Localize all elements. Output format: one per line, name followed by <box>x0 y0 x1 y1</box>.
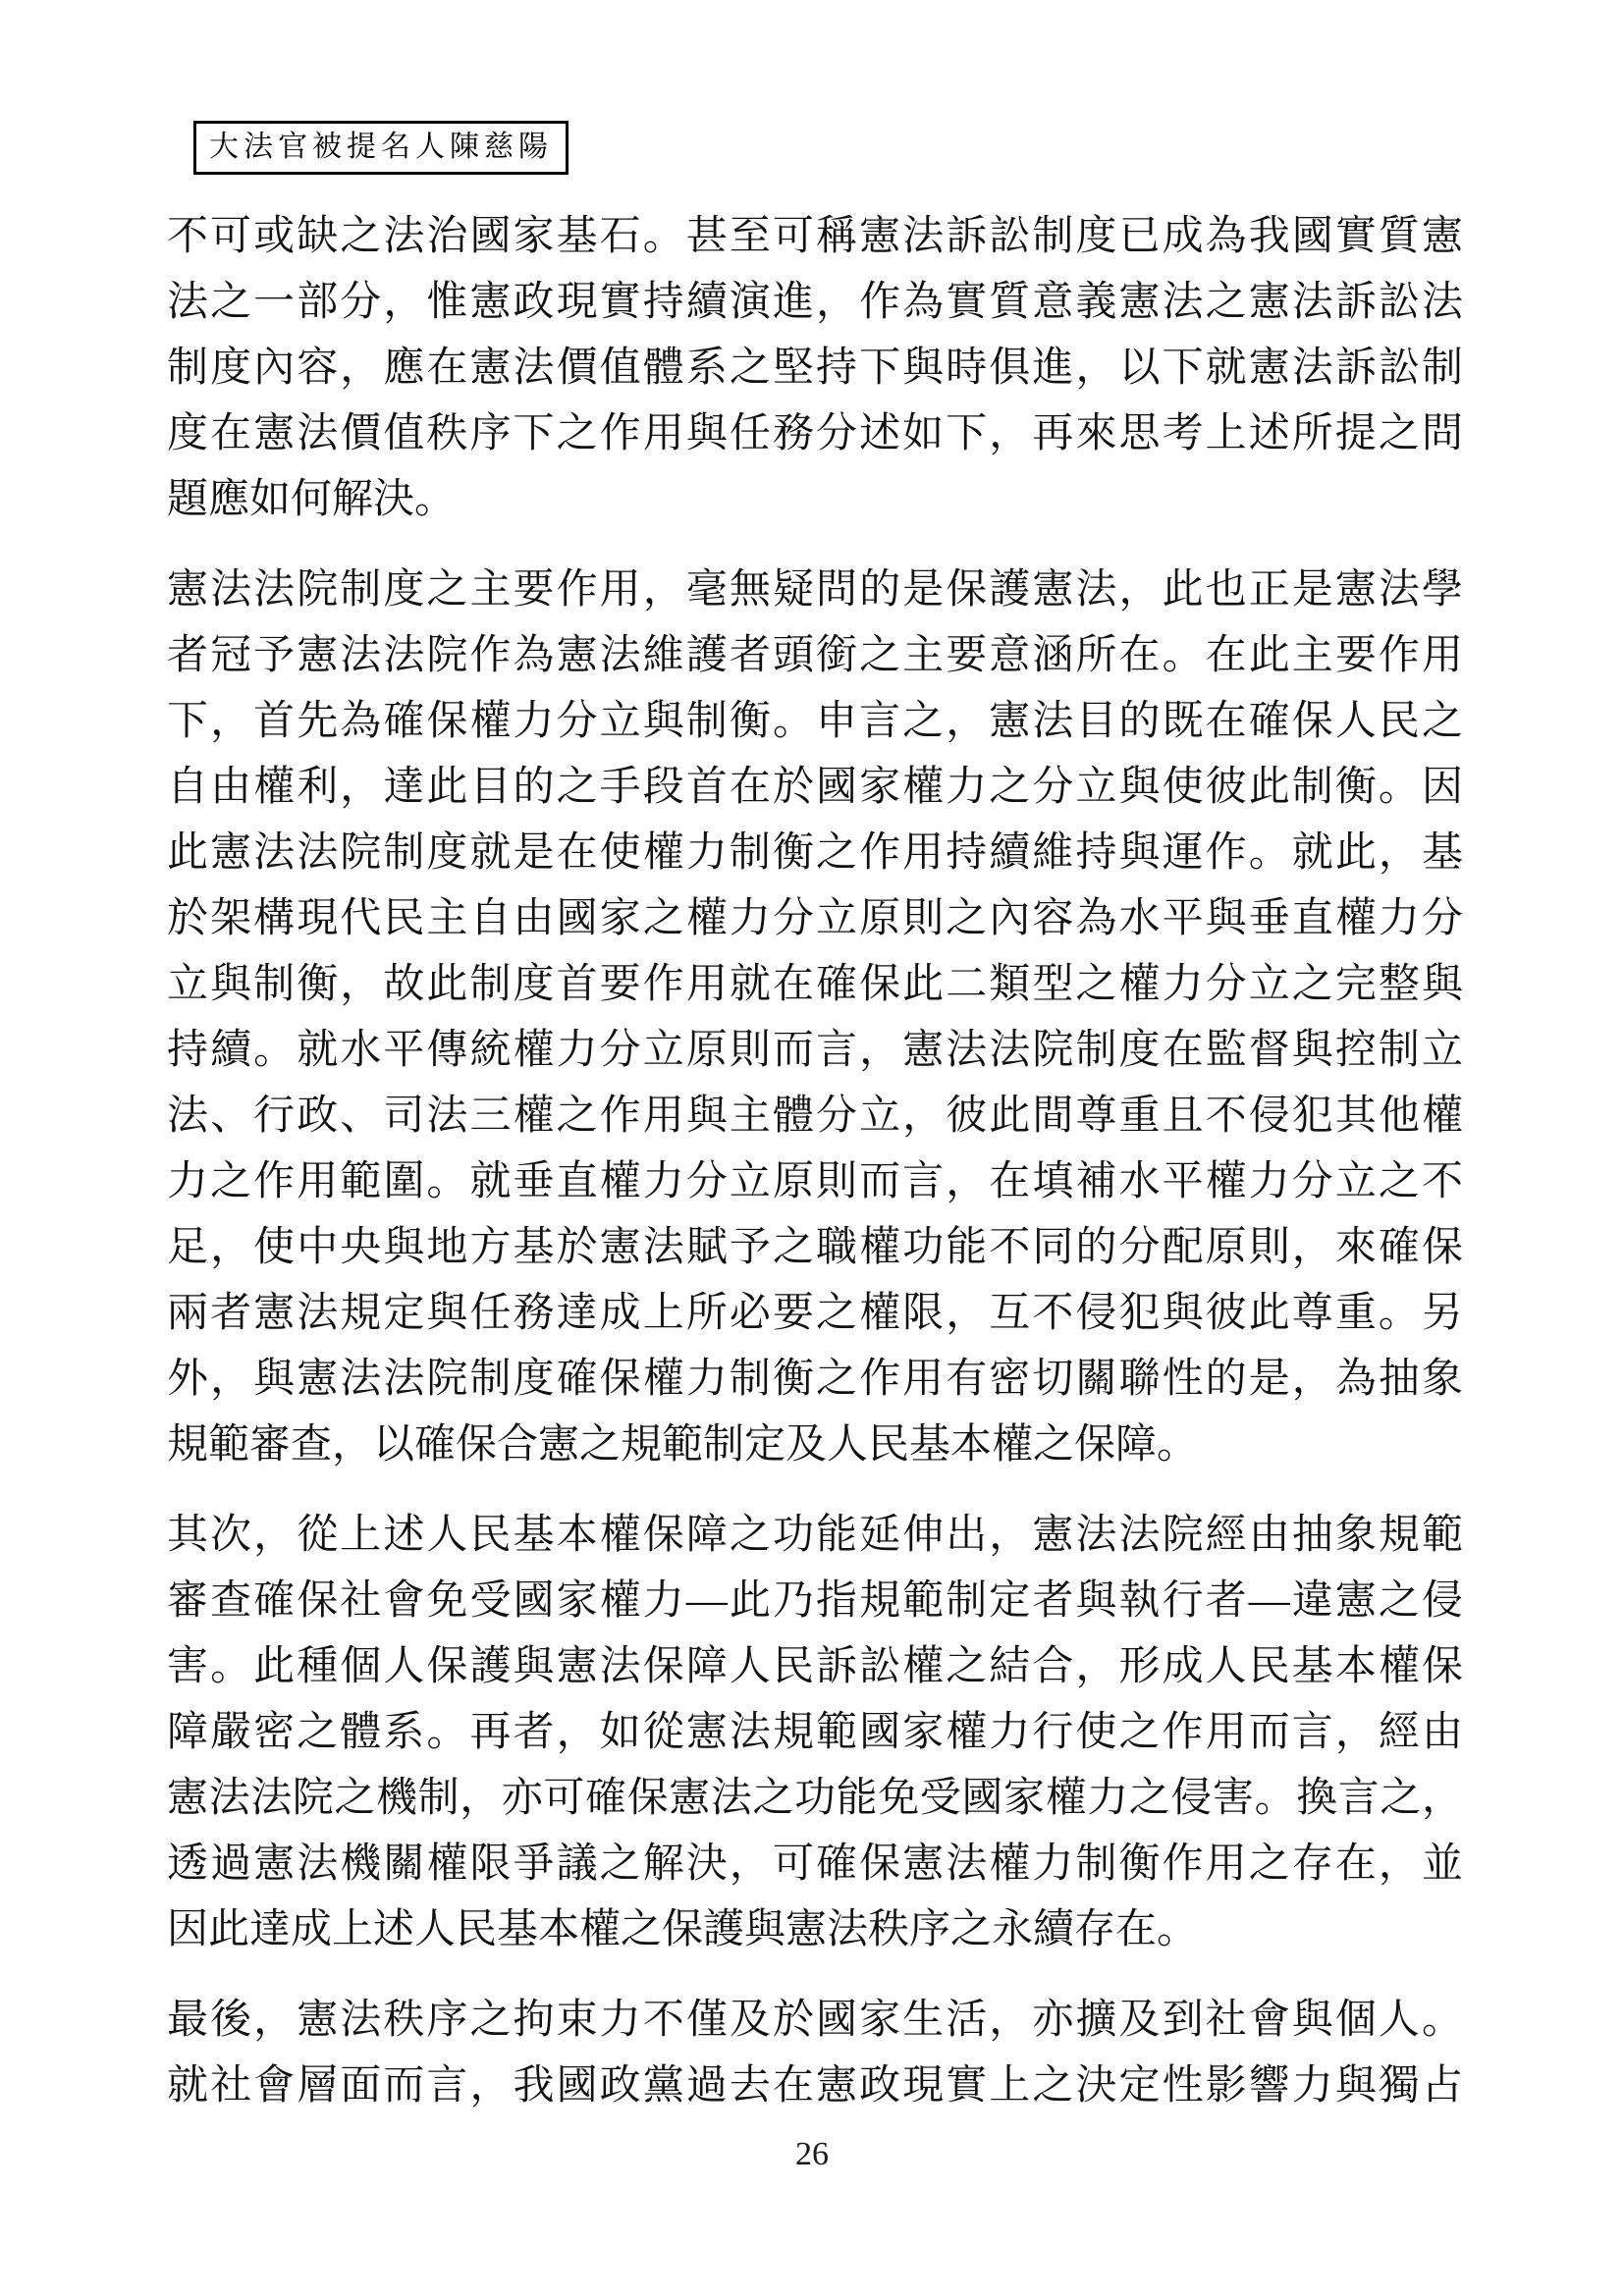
text-line: 其次，從上述人民基本權保障之功能延伸出，憲法法院經由抽象規範 <box>167 1503 1463 1569</box>
text-line: 足，使中央與地方基於憲法賦予之職權功能不同的分配原則，來確保 <box>167 1215 1463 1281</box>
text-line: 審查確保社會免受國家權力—此乃指規範制定者與執行者—違憲之侵 <box>167 1569 1463 1634</box>
text-line: 制度內容，應在憲法價值體系之堅持下與時俱進，以下就憲法訴訟制 <box>167 336 1463 401</box>
text-line: 外，與憲法法院制度確保權力制衡之作用有密切關聯性的是，為抽象 <box>167 1347 1463 1413</box>
text-line: 此憲法法院制度就是在使權力制衡之作用持續維持與運作。就此，基 <box>167 821 1463 886</box>
text-line: 不可或缺之法治國家基石。甚至可稱憲法訴訟制度已成為我國實質憲 <box>167 204 1463 270</box>
text-line: 因此達成上述人民基本權之保護與憲法秩序之永續存在。 <box>167 1897 1463 1963</box>
text-line: 兩者憲法規定與任務達成上所必要之權限，互不侵犯與彼此尊重。另 <box>167 1281 1463 1347</box>
text-line: 法、行政、司法三權之作用與主體分立，彼此間尊重且不侵犯其他權 <box>167 1084 1463 1149</box>
text-line: 持續。就水平傳統權力分立原則而言，憲法法院制度在監督與控制立 <box>167 1018 1463 1084</box>
text-line: 於架構現代民主自由國家之權力分立原則之內容為水平與垂直權力分 <box>167 886 1463 952</box>
text-line: 最後，憲法秩序之拘束力不僅及於國家生活，亦擴及到社會與個人。 <box>167 1988 1463 2054</box>
text-line: 力之作用範圍。就垂直權力分立原則而言，在填補水平權力分立之不 <box>167 1149 1463 1215</box>
text-line: 透過憲法機關權限爭議之解決，可確保憲法權力制衡作用之存在，並 <box>167 1832 1463 1897</box>
nominee-header-box: 大法官被提名人陳慈陽 <box>193 121 568 175</box>
text-line: 法之一部分，惟憲政現實持續演進，作為實質意義憲法之憲法訴訟法 <box>167 270 1463 336</box>
text-line: 障嚴密之體系。再者，如從憲法規範國家權力行使之作用而言，經由 <box>167 1700 1463 1766</box>
paragraph: 最後，憲法秩序之拘束力不僅及於國家生活，亦擴及到社會與個人。就社會層面而言，我國… <box>167 1988 1463 2119</box>
text-line: 害。此種個人保護與憲法保障人民訴訟權之結合，形成人民基本權保 <box>167 1634 1463 1700</box>
text-line: 自由權利，達此目的之手段首在於國家權力之分立與使彼此制衡。因 <box>167 755 1463 821</box>
document-body: 不可或缺之法治國家基石。甚至可稱憲法訴訟制度已成為我國實質憲法之一部分，惟憲政現… <box>167 204 1463 2119</box>
paragraph: 不可或缺之法治國家基石。甚至可稱憲法訴訟制度已成為我國實質憲法之一部分，惟憲政現… <box>167 204 1463 533</box>
text-line: 就社會層面而言，我國政黨過去在憲政現實上之決定性影響力與獨占 <box>167 2054 1463 2119</box>
text-line: 規範審查，以確保合憲之規範制定及人民基本權之保障。 <box>167 1413 1463 1478</box>
text-line: 下，首先為確保權力分立與制衡。申言之，憲法目的既在確保人民之 <box>167 689 1463 755</box>
text-line: 憲法法院之機制，亦可確保憲法之功能免受國家權力之侵害。換言之， <box>167 1766 1463 1832</box>
text-line: 憲法法院制度之主要作用，毫無疑問的是保護憲法，此也正是憲法學 <box>167 558 1463 623</box>
page-number: 26 <box>0 2136 1624 2173</box>
paragraph: 憲法法院制度之主要作用，毫無疑問的是保護憲法，此也正是憲法學者冠予憲法法院作為憲… <box>167 558 1463 1478</box>
paragraph: 其次，從上述人民基本權保障之功能延伸出，憲法法院經由抽象規範審查確保社會免受國家… <box>167 1503 1463 1963</box>
text-line: 立與制衡，故此制度首要作用就在確保此二類型之權力分立之完整與 <box>167 952 1463 1018</box>
document-page: 大法官被提名人陳慈陽 不可或缺之法治國家基石。甚至可稱憲法訴訟制度已成為我國實質… <box>0 0 1624 2296</box>
text-line: 者冠予憲法法院作為憲法維護者頭銜之主要意涵所在。在此主要作用 <box>167 623 1463 689</box>
text-line: 度在憲法價值秩序下之作用與任務分述如下，再來思考上述所提之問 <box>167 401 1463 467</box>
text-line: 題應如何解決。 <box>167 467 1463 533</box>
